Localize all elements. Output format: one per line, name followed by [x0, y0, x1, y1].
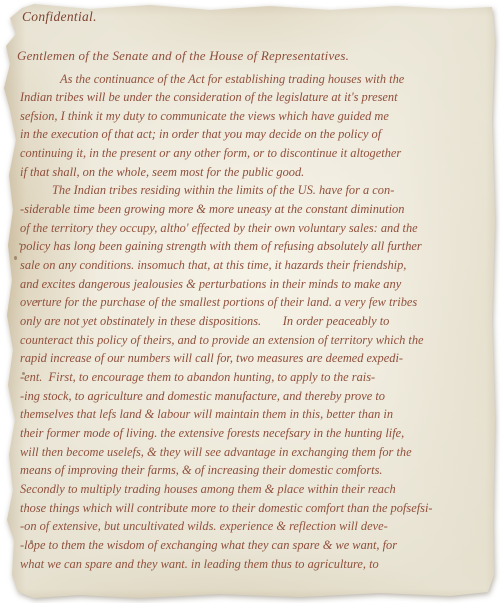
manuscript-text-line: will then become uselefs, & they will se…	[20, 443, 494, 462]
manuscript-text-line: Indian tribes will be under the consider…	[20, 88, 494, 107]
manuscript-text-line: continuing it, in the present or any oth…	[20, 144, 494, 163]
scanned-document-image: Confidential. Gentlemen of the Senate an…	[0, 0, 500, 603]
manuscript-text-line: sefsion, I think it my duty to communica…	[20, 107, 494, 126]
manuscript-body: As the continuance of the Act for establ…	[20, 70, 494, 574]
manuscript-text-line: Secondly to multiply trading houses amon…	[20, 480, 494, 499]
manuscript-page: Confidential. Gentlemen of the Senate an…	[0, 0, 500, 603]
paper-speck	[14, 256, 17, 260]
manuscript-text-line: overture for the purchase of the smalles…	[20, 293, 494, 312]
manuscript-text-line: -ing stock, to agriculture and domestic …	[20, 387, 494, 406]
manuscript-text-line: sale on any conditions. insomuch that, a…	[20, 256, 494, 275]
manuscript-text-line: The Indian tribes residing within the li…	[20, 181, 494, 200]
manuscript-text-line: what we can spare and they want. in lead…	[20, 555, 494, 574]
salutation-line: Gentlemen of the Senate and of the House…	[17, 48, 349, 64]
manuscript-text-line: only are not yet obstinately in these di…	[20, 312, 494, 331]
confidential-label: Confidential.	[22, 9, 97, 25]
manuscript-text-line: means of improving their farms, & of inc…	[20, 461, 494, 480]
manuscript-text-line: themselves that lefs land & labour will …	[20, 405, 494, 424]
manuscript-text-line: counteract this policy of theirs, and to…	[20, 331, 494, 350]
manuscript-text-line: if that shall, on the whole, seem most f…	[20, 163, 494, 182]
manuscript-text-line: As the continuance of the Act for establ…	[20, 70, 494, 89]
manuscript-text-line: -siderable time been growing more & more…	[20, 200, 494, 219]
manuscript-text-line: -on of extensive, but uncultivated wilds…	[20, 517, 494, 536]
manuscript-text-line: their former mode of living. the extensi…	[20, 424, 494, 443]
manuscript-text-line: those things which will contribute more …	[20, 499, 494, 518]
manuscript-text-line: -ent. First, to encourage them to abando…	[20, 368, 494, 387]
manuscript-text-line: rapid increase of our numbers will call …	[20, 349, 494, 368]
manuscript-text-line: of the territory they occupy, altho' eff…	[20, 219, 494, 238]
manuscript-text-line: and excites dangerous jealousies & pertu…	[20, 275, 494, 294]
manuscript-text-line: in the execution of that act; in order t…	[20, 125, 494, 144]
paper-shadow: Confidential. Gentlemen of the Senate an…	[0, 0, 500, 603]
manuscript-text-line: policy has long been gaining strength wi…	[20, 237, 494, 256]
manuscript-text-line: -lope to them the wisdom of exchanging w…	[20, 536, 494, 555]
